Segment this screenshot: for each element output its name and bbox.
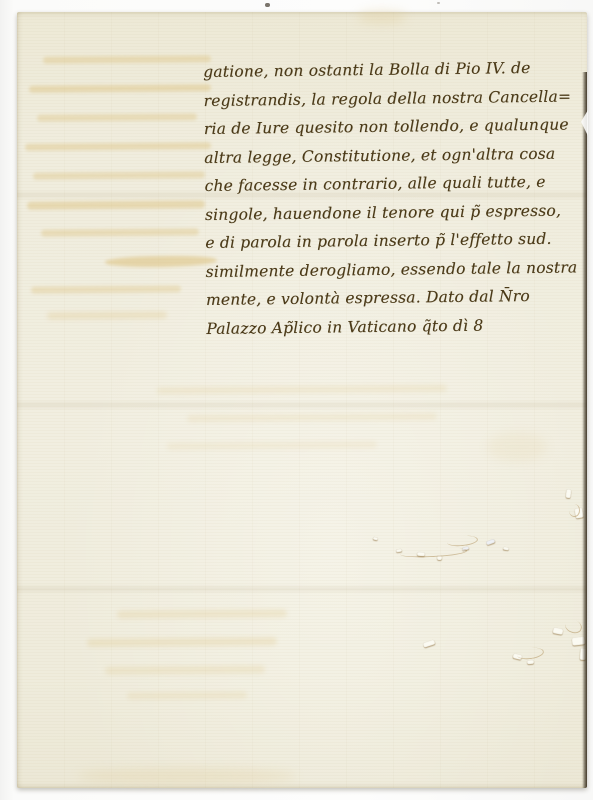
ink-smudge	[569, 504, 580, 517]
ink-smudge	[516, 646, 544, 661]
bleedthrough-line	[37, 113, 197, 121]
dust-speck	[265, 3, 270, 7]
paper-damage-chip	[373, 537, 379, 541]
paper-damage-chip	[423, 639, 436, 647]
paper-damage-chip	[503, 547, 509, 551]
manuscript-line: gatione, non ostanti la Bolla di Pio IV.…	[203, 53, 575, 86]
manuscript-line: ria de Iure quesito non tollendo, e qual…	[204, 110, 576, 143]
bleedthrough-line	[167, 441, 377, 450]
paper-damage-chip	[566, 489, 572, 498]
bleedthrough-line	[29, 84, 211, 93]
manuscript-line: e di parola in parola inserto p̃ l'effet…	[205, 224, 577, 257]
page-edge-shadow	[582, 72, 587, 788]
manuscript-line: Palazzo Ap̃lico in Vaticano q̃to dì 8	[206, 310, 578, 343]
ink-smudge	[400, 546, 467, 558]
ink-smudge	[447, 534, 479, 547]
manuscript-line: singole, hauendone il tenore qui p̃ espr…	[205, 196, 577, 229]
bleedthrough-line	[105, 665, 265, 674]
bleedthrough-line	[87, 637, 277, 647]
manuscript-line: che facesse in contrario, alle quali tut…	[204, 167, 576, 200]
fold-crease	[17, 400, 587, 410]
bleedthrough-line	[43, 55, 211, 63]
paper-damage-chip	[553, 627, 564, 635]
bleedthrough-line	[117, 609, 287, 618]
manuscript-page: gatione, non ostanti la Bolla di Pio IV.…	[17, 12, 587, 788]
ink-smudge	[563, 617, 583, 635]
fold-crease	[17, 584, 587, 594]
paper-damage-chip	[486, 539, 496, 546]
bleedthrough-line	[127, 691, 247, 699]
dust-speck	[437, 2, 440, 4]
manuscript-line: mente, e volontà espressa. Dato dal N̄ro	[206, 281, 578, 314]
bleedthrough-line	[157, 385, 447, 395]
stain	[487, 432, 547, 462]
scan-background: gatione, non ostanti la Bolla di Pio IV.…	[0, 0, 593, 800]
handwritten-text-block: gatione, non ostanti la Bolla di Pio IV.…	[203, 53, 578, 343]
bleedthrough-line	[41, 228, 199, 236]
bleedthrough-line	[187, 413, 437, 422]
bleedthrough-flourish	[105, 256, 217, 268]
manuscript-line: registrandis, la regola della nostra Can…	[203, 82, 575, 115]
bleedthrough-line	[33, 171, 205, 180]
bleedthrough-line	[25, 142, 211, 151]
manuscript-line: altra legge, Constitutione, et ogn'altra…	[204, 139, 576, 172]
bleedthrough-line	[27, 200, 205, 210]
manuscript-line: similmente derogliamo, essendo tale la n…	[205, 253, 577, 286]
stain	[77, 768, 297, 784]
stain	[357, 10, 407, 24]
paper-damage-chip	[527, 660, 534, 664]
bleedthrough-line	[47, 311, 167, 319]
bleedthrough-line	[31, 285, 181, 293]
